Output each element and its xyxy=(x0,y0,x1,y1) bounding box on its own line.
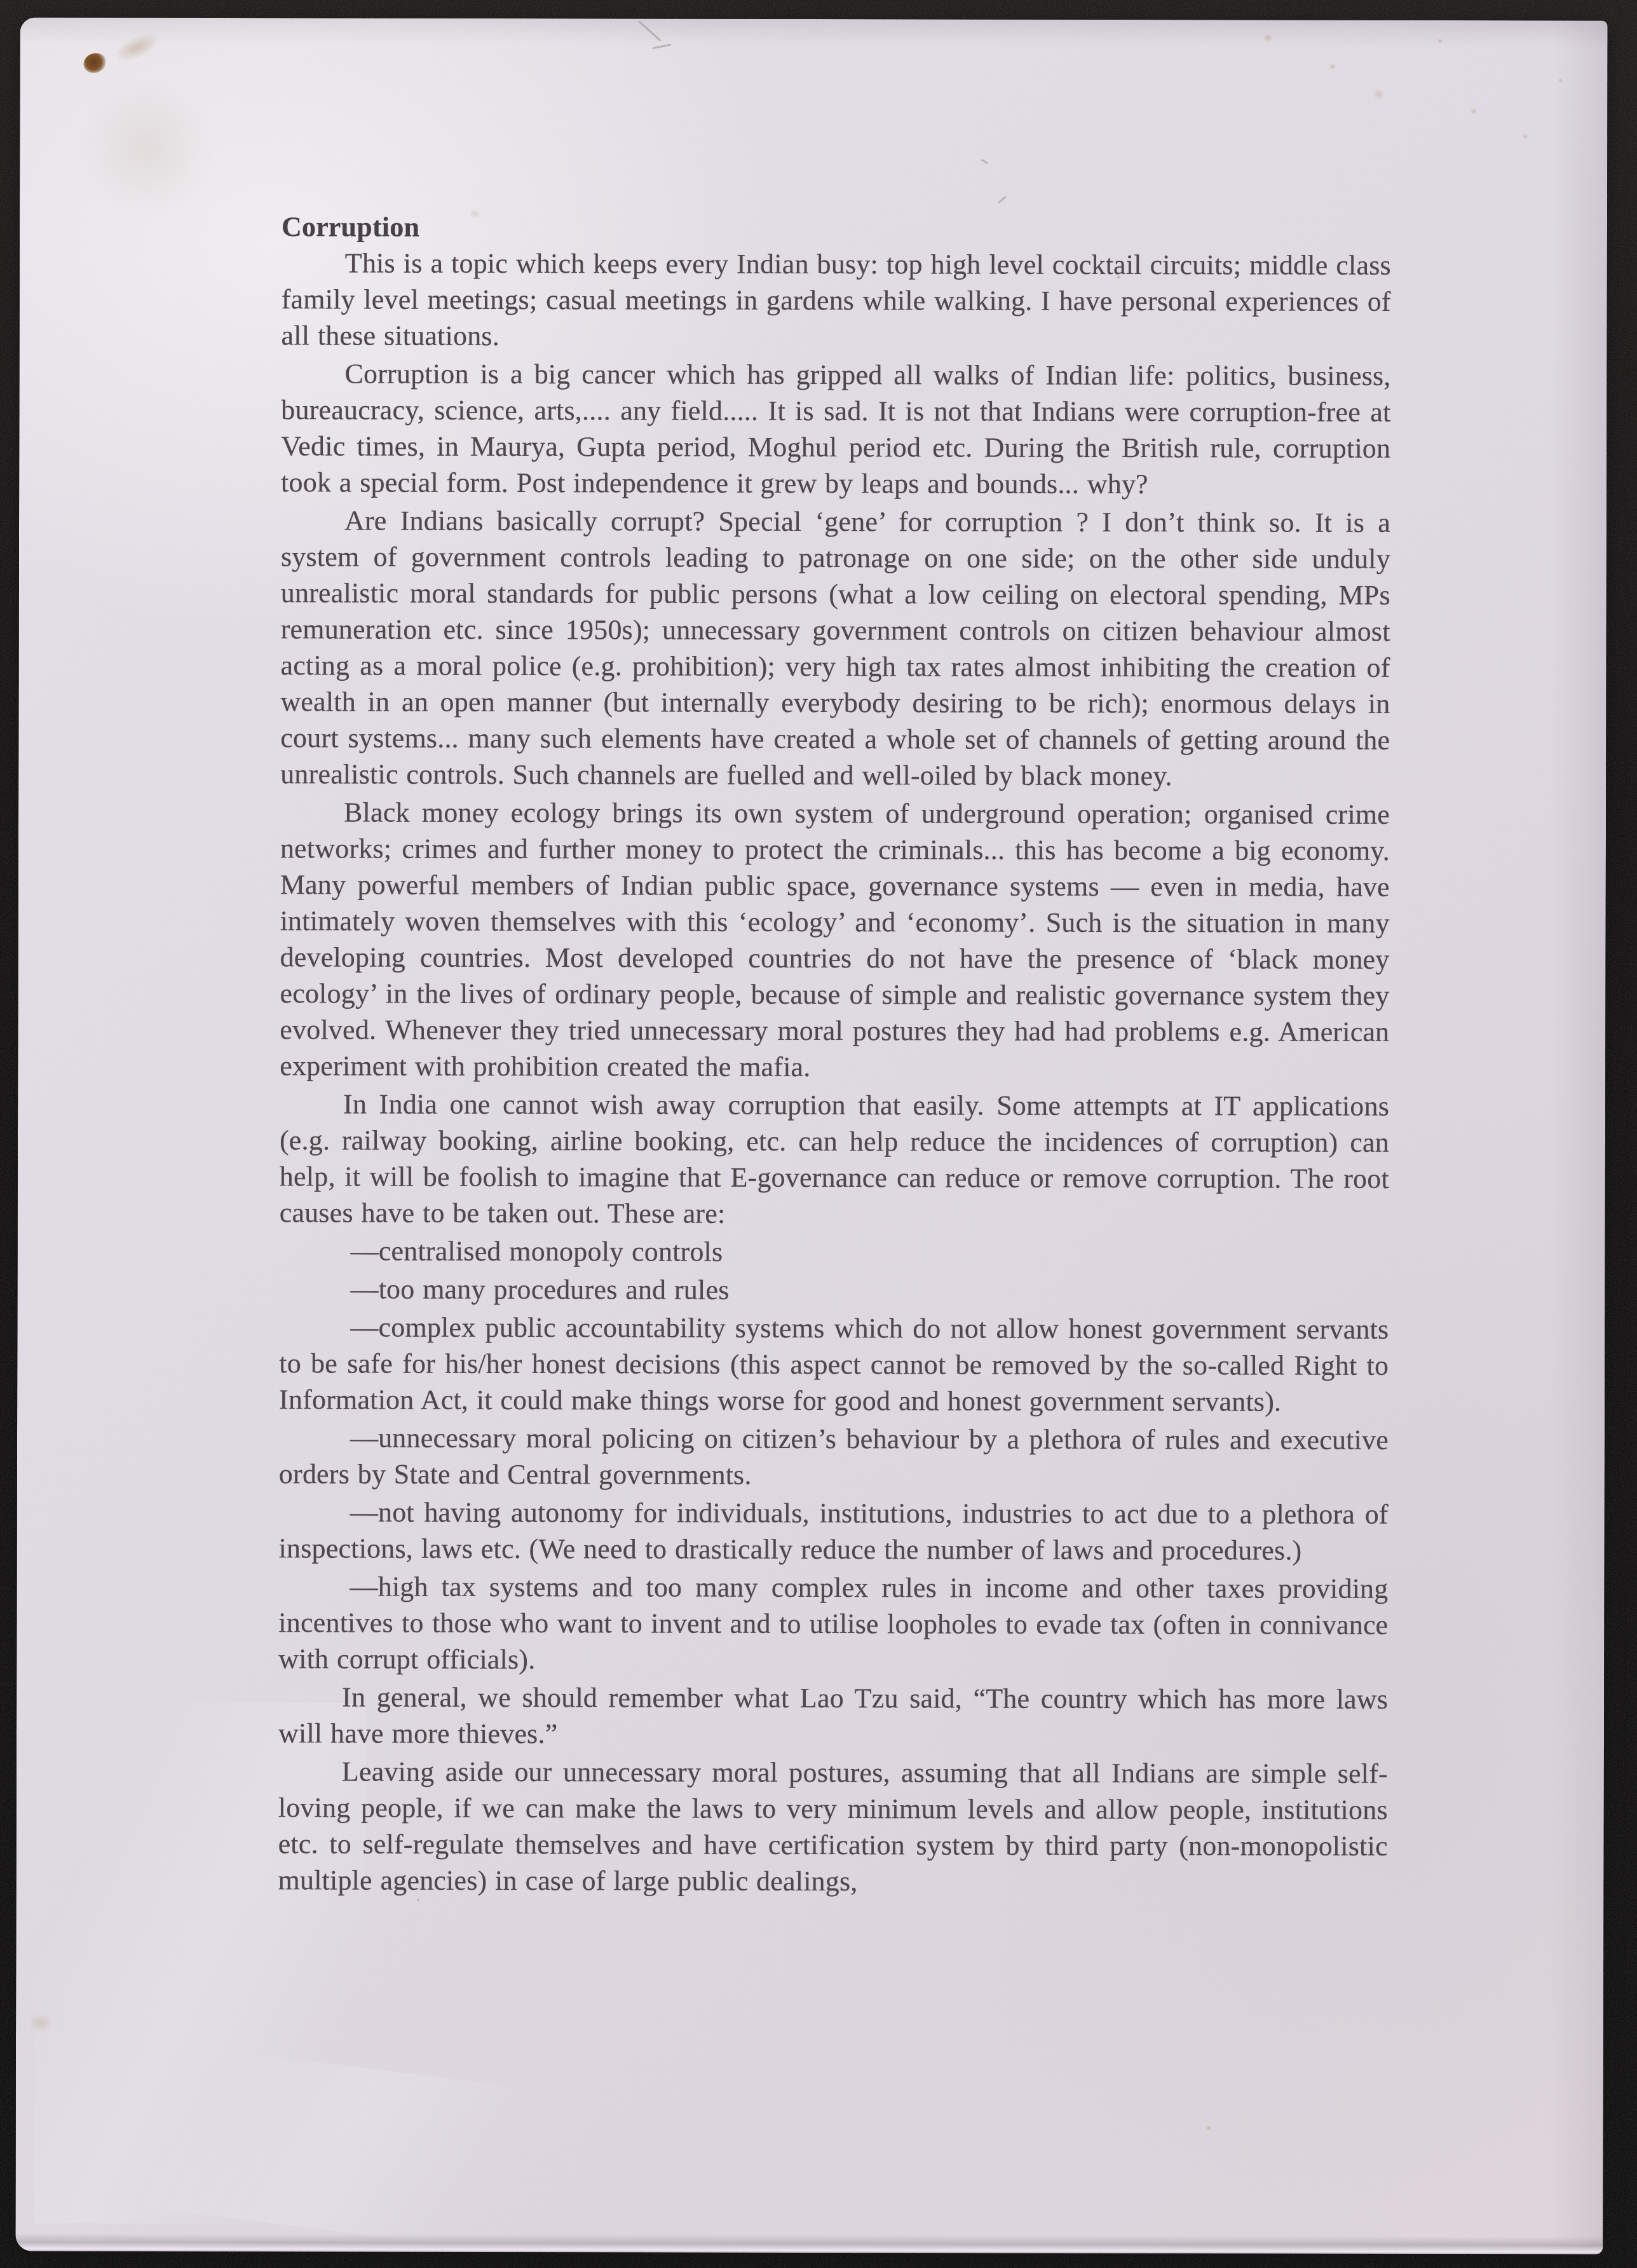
list-item: —high tax systems and too many complex r… xyxy=(278,1568,1388,1679)
paragraph: Are Indians basically corrupt? Special ‘… xyxy=(280,502,1390,795)
paragraph: In general, we should remember what Lao … xyxy=(278,1679,1388,1754)
stain-dot xyxy=(1329,64,1336,70)
pencil-mark xyxy=(653,43,672,49)
paragraph: This is a topic which keeps every Indian… xyxy=(282,245,1391,356)
document-page: Corruption This is a topic which keeps e… xyxy=(15,17,1607,2254)
page-text: Corruption This is a topic which keeps e… xyxy=(278,208,1391,1903)
pencil-mark xyxy=(639,20,662,41)
pencil-mark xyxy=(981,159,988,165)
paper-crease xyxy=(96,2037,571,2258)
pencil-mark xyxy=(998,196,1007,204)
stain-dot xyxy=(1470,108,1477,114)
list-item: —too many procedures and rules xyxy=(279,1271,1389,1309)
list-item: —not having autonomy for individuals, in… xyxy=(279,1494,1389,1569)
scan-photo: Corruption This is a topic which keeps e… xyxy=(0,0,1637,2268)
stain-dot xyxy=(1264,34,1273,41)
stain-dot xyxy=(1558,78,1563,83)
list-item: —centralised monopoly controls xyxy=(280,1233,1389,1271)
stain-dot xyxy=(29,2013,53,2032)
ink-blot-stain xyxy=(84,53,106,73)
list-item: —unnecessary moral policing on citizen’s… xyxy=(279,1419,1389,1494)
list-item: —complex public accountability systems w… xyxy=(279,1309,1389,1420)
paragraph: Corruption is a big cancer which has gri… xyxy=(281,355,1390,503)
paragraph: In India one cannot wish away corruption… xyxy=(280,1086,1389,1233)
page-heading: Corruption xyxy=(282,208,1391,247)
stain-dot xyxy=(1437,38,1443,44)
stain-dot xyxy=(1206,2125,1212,2131)
stain-dot xyxy=(1372,89,1385,100)
paragraph: Leaving aside our unnecessary moral post… xyxy=(278,1753,1387,1901)
stain-halo xyxy=(55,53,240,244)
stain-smudge xyxy=(104,23,170,72)
stain-dot xyxy=(1522,133,1528,139)
paragraph: Black money ecology brings its own syste… xyxy=(280,794,1390,1086)
